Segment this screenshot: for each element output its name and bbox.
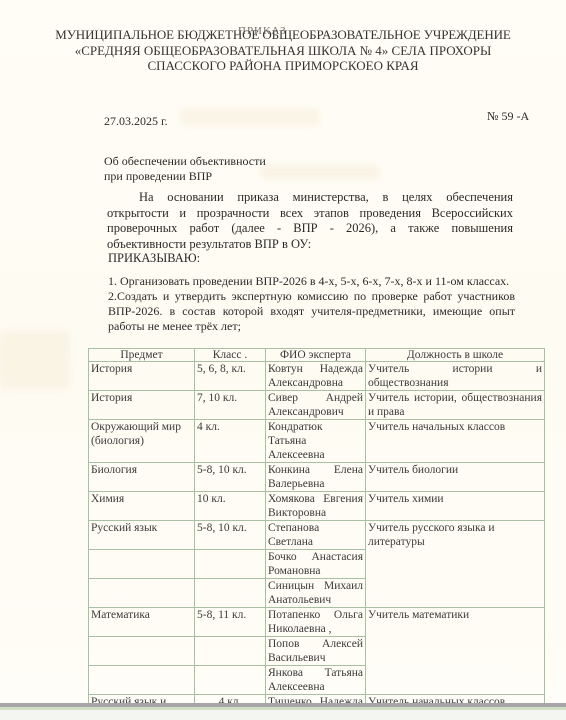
expert-commission-table: Предмет Класс . ФИО эксперта Должность в… bbox=[88, 348, 545, 720]
column-header-class: Класс . bbox=[195, 349, 266, 362]
order-item-1: 1. Организовать проведении ВПР-2026 в 4-… bbox=[108, 274, 528, 289]
order-item-2: 2.Создать и утвердить экспертную комисси… bbox=[108, 289, 515, 334]
school-header: МУНИЦИПАЛЬНОЕ БЮДЖЕТНОЕ ОБЩЕОБРАЗОВАТЕЛЬ… bbox=[0, 27, 566, 74]
table-row: Математика 5-8, 11 кл. Потапенко Ольга Н… bbox=[89, 608, 545, 637]
header-line-1: МУНИЦИПАЛЬНОЕ БЮДЖЕТНОЕ ОБЩЕОБРАЗОВАТЕЛЬ… bbox=[0, 27, 566, 43]
scan-margin bbox=[0, 710, 566, 720]
column-header-expert-name: ФИО эксперта bbox=[266, 349, 366, 362]
order-title-overlay: ПРИКАЗ bbox=[238, 24, 287, 40]
table-row: Окружающий мир (биология) 4 кл. Кондратю… bbox=[89, 420, 545, 463]
header-line-2: «СРЕДНЯЯ ОБЩЕОБРАЗОВАТЕЛЬНАЯ ШКОЛА № 4» … bbox=[0, 43, 566, 59]
table-header-row: Предмет Класс . ФИО эксперта Должность в… bbox=[89, 349, 545, 362]
order-number: № 59 -А bbox=[487, 109, 529, 124]
bleed-through-smudge bbox=[180, 108, 320, 126]
table-row: Химия 10 кл. Хомякова Евгения Викторовна… bbox=[89, 492, 545, 521]
bleed-through-smudge bbox=[0, 330, 70, 390]
table-row: Русский язык 5-8, 10 кл. Степанова Светл… bbox=[89, 521, 545, 550]
order-directive-heading: ПРИКАЗЫВАЮ: bbox=[108, 251, 200, 266]
table-row: История 5, 6, 8, кл. Ковтун Надежда Алек… bbox=[89, 362, 545, 391]
order-date: 27.03.2025 г. bbox=[104, 114, 168, 129]
table-row: История 7, 10 кл. Сивер Андрей Александр… bbox=[89, 391, 545, 420]
column-header-position: Должность в школе bbox=[366, 349, 545, 362]
table-row: Биология 5-8, 10 кл. Конкина Елена Валер… bbox=[89, 463, 545, 492]
preamble-paragraph: На основании приказа министерства, в цел… bbox=[107, 190, 513, 252]
order-subject: Об обеспечении объективности при проведе… bbox=[104, 154, 266, 184]
bleed-through-smudge bbox=[260, 165, 380, 179]
header-line-3: СПАССКОГО РАЙОНА ПРИМОРСКОЕО КРАЯ bbox=[0, 58, 566, 74]
column-header-subject: Предмет bbox=[89, 349, 195, 362]
document-page: МУНИЦИПАЛЬНОЕ БЮДЖЕТНОЕ ОБЩЕОБРАЗОВАТЕЛЬ… bbox=[0, 0, 566, 703]
